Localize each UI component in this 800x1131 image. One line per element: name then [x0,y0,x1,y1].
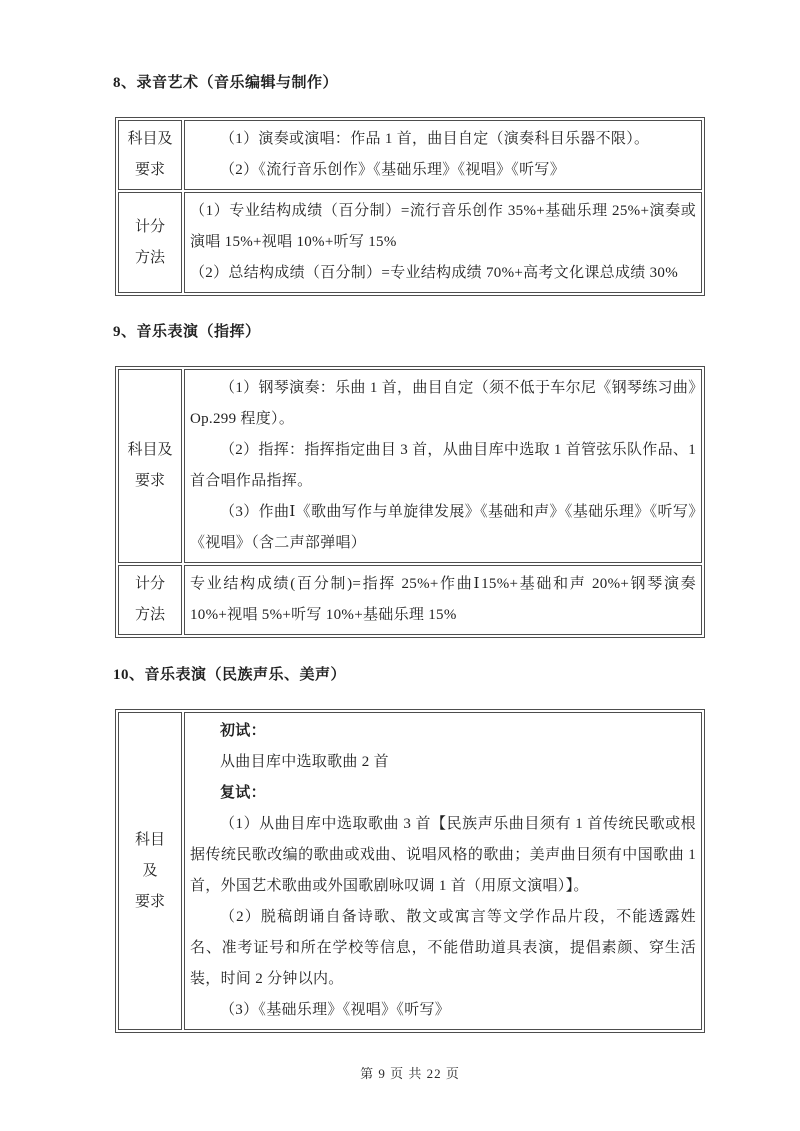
section-10-title: 10、音乐表演（民族声乐、美声） [113,665,800,685]
row-label-line: 要求 [119,887,181,918]
row-label-line: 方法 [119,243,181,274]
table-row: 科目及 要求 （1）演奏或演唱：作品 1 首，曲目自定（演奏科目乐器不限）。 （… [118,120,702,190]
row-content: 初试： 从曲目库中选取歌曲 2 首 复试： （1）从曲目库中选取歌曲 3 首【民… [184,712,702,1030]
row-content: （1）演奏或演唱：作品 1 首，曲目自定（演奏科目乐器不限）。 （2）《流行音乐… [184,120,702,190]
paragraph: 专业结构成绩(百分制)=指挥 25%+作曲Ⅰ15%+基础和声 20%+钢琴演奏 … [190,569,696,631]
row-label-subjects: 科目 及 要求 [118,712,182,1030]
row-label-subjects: 科目及 要求 [118,120,182,190]
paragraph-second-round: 复试： [190,778,696,809]
row-label-line: 科目及 [119,435,181,466]
table-row: 科目及 要求 （1）钢琴演奏：乐曲 1 首，曲目自定（须不低于车尔尼《钢琴练习曲… [118,369,702,563]
section-9-table: 科目及 要求 （1）钢琴演奏：乐曲 1 首，曲目自定（须不低于车尔尼《钢琴练习曲… [115,366,705,638]
table-row: 科目 及 要求 初试： 从曲目库中选取歌曲 2 首 复试： （1）从曲目库中选取… [118,712,702,1030]
section-9-title: 9、音乐表演（指挥） [113,322,800,342]
row-label-line: 要求 [119,155,181,186]
row-label-line: 科目及 [119,124,181,155]
paragraph: （3）《基础乐理》《视唱》《听写》 [190,995,696,1026]
row-content: （1）专业结构成绩（百分制）=流行音乐创作 35%+基础乐理 25%+演奏或演唱… [184,192,702,293]
paragraph-first-round: 初试： [190,716,696,747]
document-page: 8、录音艺术（音乐编辑与制作） 科目及 要求 （1）演奏或演唱：作品 1 首，曲… [0,0,800,1131]
paragraph: （1）演奏或演唱：作品 1 首，曲目自定（演奏科目乐器不限）。 [190,124,696,155]
row-label-line: 计分 [119,212,181,243]
row-label-line: 科目 [119,825,181,856]
table-row: 计分 方法 专业结构成绩(百分制)=指挥 25%+作曲Ⅰ15%+基础和声 20%… [118,565,702,635]
paragraph: （2）总结构成绩（百分制）=专业结构成绩 70%+高考文化课总成绩 30% [190,258,696,289]
section-8-table: 科目及 要求 （1）演奏或演唱：作品 1 首，曲目自定（演奏科目乐器不限）。 （… [115,117,705,296]
table-row: 计分 方法 （1）专业结构成绩（百分制）=流行音乐创作 35%+基础乐理 25%… [118,192,702,293]
paragraph: （2）脱稿朗诵自备诗歌、散文或寓言等文学作品片段，不能透露姓名、准考证号和所在学… [190,902,696,995]
section-10-table: 科目 及 要求 初试： 从曲目库中选取歌曲 2 首 复试： （1）从曲目库中选取… [115,709,705,1033]
row-label-line: 及 [119,856,181,887]
paragraph: （2）《流行音乐创作》《基础乐理》《视唱》《听写》 [190,155,696,186]
paragraph: （1）钢琴演奏：乐曲 1 首，曲目自定（须不低于车尔尼《钢琴练习曲》Op.299… [190,373,696,435]
paragraph: （1）从曲目库中选取歌曲 3 首【民族声乐曲目须有 1 首传统民歌或根据传统民歌… [190,809,696,902]
paragraph: （2）指挥：指挥指定曲目 3 首，从曲目库中选取 1 首管弦乐队作品、1 首合唱… [190,435,696,497]
row-label-line: 要求 [119,466,181,497]
row-label-scoring: 计分 方法 [118,192,182,293]
paragraph: （1）专业结构成绩（百分制）=流行音乐创作 35%+基础乐理 25%+演奏或演唱… [190,196,696,258]
paragraph: 从曲目库中选取歌曲 2 首 [190,747,696,778]
paragraph: （3）作曲Ⅰ《歌曲写作与单旋律发展》《基础和声》《基础乐理》《听写》《视唱》（含… [190,497,696,559]
row-label-subjects: 科目及 要求 [118,369,182,563]
row-label-line: 计分 [119,569,181,600]
row-label-line: 方法 [119,600,181,631]
row-content: （1）钢琴演奏：乐曲 1 首，曲目自定（须不低于车尔尼《钢琴练习曲》Op.299… [184,369,702,563]
page-footer: 第 9 页 共 22 页 [115,1063,705,1082]
section-8-title: 8、录音艺术（音乐编辑与制作） [113,0,800,93]
row-label-scoring: 计分 方法 [118,565,182,635]
row-content: 专业结构成绩(百分制)=指挥 25%+作曲Ⅰ15%+基础和声 20%+钢琴演奏 … [184,565,702,635]
